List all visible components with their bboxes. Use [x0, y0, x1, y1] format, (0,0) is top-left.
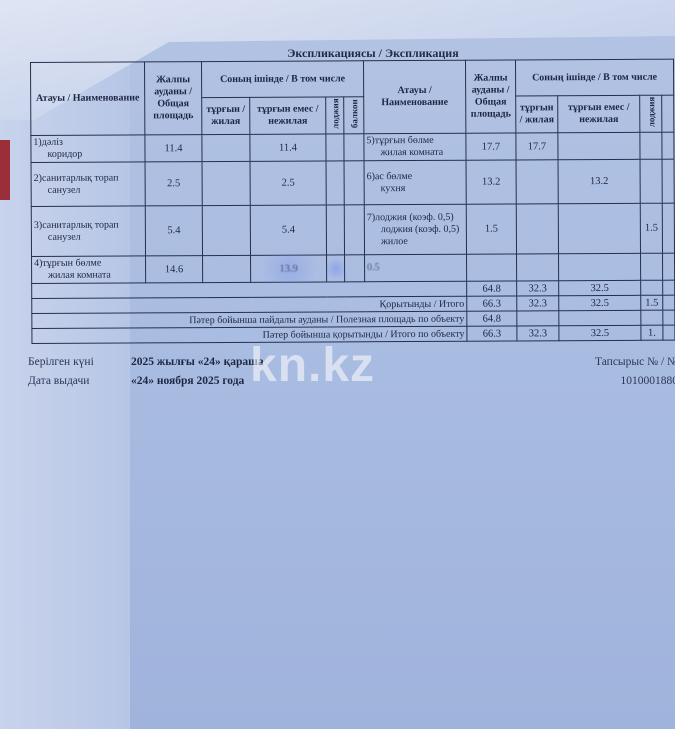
summary-loggia: 1.5: [641, 296, 663, 311]
room-total: 2.5: [145, 162, 202, 206]
document-title: Экспликациясы / Экспликация: [268, 46, 478, 61]
summary-total: 64.8: [467, 311, 517, 326]
room-residential: [203, 256, 251, 283]
room-residential: [202, 162, 250, 206]
room-balcony: [344, 134, 364, 161]
summary-total: 64.8: [467, 281, 517, 296]
room-name-ru: кухня: [367, 183, 464, 196]
room-name-ru: санузел: [34, 184, 143, 197]
room-residential: [516, 160, 558, 204]
room-nonresidential: [558, 133, 640, 160]
header-residential-left: тұрғын / жилая: [202, 97, 250, 135]
room-nonresidential: 13.9: [251, 255, 327, 282]
summary-nonresidential: [559, 311, 641, 326]
table-row: 1)дәлізкоридор 11.4 11.4 5)тұрғын бөлмеж…: [31, 133, 674, 163]
explication-table: Атауы / Наименование Жалпы ауданы / Обща…: [30, 59, 675, 345]
summary-loggia: 1.: [641, 326, 663, 341]
room-residential: [202, 135, 250, 162]
room-total: 17.7: [466, 133, 516, 160]
watermark-logo: kn.kz: [250, 338, 375, 393]
header-total-left: Жалпы ауданы / Общая площадь: [145, 62, 202, 136]
room-nonresidential: 5.4: [250, 205, 326, 255]
room-loggia: [326, 161, 344, 205]
room-name-kz: 5)тұрғын бөлме: [366, 135, 433, 146]
room-loggia: [640, 133, 662, 160]
order-number: 1010001880: [621, 375, 675, 387]
summary-nonresidential: 32.5: [559, 281, 641, 296]
room-name-kz: 0.5: [365, 255, 467, 283]
room-name-kz: 6)ас бөлме: [367, 171, 413, 182]
header-residential-right: тұрғын / жилая: [516, 96, 558, 134]
header-loggia-right: лоджия: [645, 97, 657, 127]
issued-value-ru: «24» ноября 2025 года: [131, 375, 244, 387]
summary-residential: 32.3: [517, 281, 559, 296]
room-name-kz: 3)санитарлық торап: [34, 219, 119, 230]
red-cover-edge: [0, 140, 10, 200]
room-name-ru: жилая комната: [34, 270, 143, 283]
summary-residential: 32.3: [517, 296, 559, 311]
room-nonresidential: 11.4: [250, 134, 326, 161]
table-row: 2)санитарлық торапсанузел 2.5 2.5 6)ас б…: [31, 160, 674, 207]
room-name-ru: коридор: [33, 149, 142, 162]
room-total: 1.5: [466, 204, 516, 254]
summary-nonresidential: 32.5: [559, 296, 641, 311]
room-total: 14.6: [146, 256, 203, 283]
room-loggia: [326, 205, 344, 255]
table-row: 3)санитарлық торапсанузел 5.4 5.4 7)лодж…: [31, 204, 674, 257]
room-name-kz: 2)санитарлық торап: [34, 172, 119, 183]
header-total-right: Жалпы ауданы / Общая площадь: [465, 60, 515, 134]
header-including-left: Соның ішінде / В том числе: [202, 61, 364, 98]
issued-value-kz: 2025 жылғы «24» қараша: [131, 356, 264, 368]
room-balcony: [344, 161, 364, 205]
room-nonresidential: 13.2: [558, 160, 640, 204]
summary-residential: 32.3: [517, 326, 559, 341]
room-name-ru: жилая комната: [366, 147, 463, 160]
order-label: Тапсырыс № / №: [595, 356, 675, 368]
issued-label-kz: Берілген күні: [28, 356, 94, 368]
room-name-kz: 7)лоджия (коэф. 0,5): [367, 212, 454, 223]
room-nonresidential: 2.5: [250, 161, 326, 205]
issued-label-ru: Дата выдачи: [28, 375, 89, 387]
summary-total: 66.3: [467, 296, 517, 311]
room-name-kz: 4)тұрғын бөлме: [34, 258, 101, 269]
room-name-kz: 1)дәліз: [33, 137, 63, 148]
room-balcony: [345, 255, 365, 282]
room-balcony: [344, 205, 364, 255]
room-loggia: [326, 134, 344, 161]
table-row: 4)тұрғын бөлмежилая комната 14.6 13.9 0.…: [32, 254, 675, 284]
room-name-ru: санузел: [34, 231, 143, 244]
summary-residential: [517, 311, 559, 326]
summary-loggia: [641, 281, 663, 296]
header-nonresidential-right: тұрғын емес / нежилая: [558, 95, 640, 133]
room-total: 11.4: [145, 135, 202, 162]
room-name-ru: лоджия (коэф. 0,5) жилое: [367, 224, 464, 249]
header-balcony-left: балкон: [348, 99, 360, 128]
header-nonresidential-left: тұрғын емес / нежилая: [250, 97, 326, 135]
room-loggia: [640, 160, 662, 204]
room-residential: [202, 206, 250, 256]
header-loggia-left: лоджия: [329, 98, 341, 128]
room-loggia: [327, 255, 345, 282]
room-residential: [516, 204, 558, 254]
room-total: 13.2: [466, 160, 516, 204]
summary-total: 66.3: [467, 326, 517, 341]
header-name-left: Атауы / Наименование: [31, 62, 145, 136]
room-loggia: 1.5: [640, 204, 662, 254]
room-residential: 17.7: [516, 133, 558, 160]
room-total: 5.4: [145, 206, 202, 256]
summary-loggia: [641, 311, 663, 326]
header-including-right: Соның ішінде / В том числе: [515, 59, 673, 96]
summary-nonresidential: 32.5: [559, 326, 641, 341]
room-nonresidential: [558, 204, 640, 254]
header-name-right: Атауы / Наименование: [363, 60, 465, 134]
